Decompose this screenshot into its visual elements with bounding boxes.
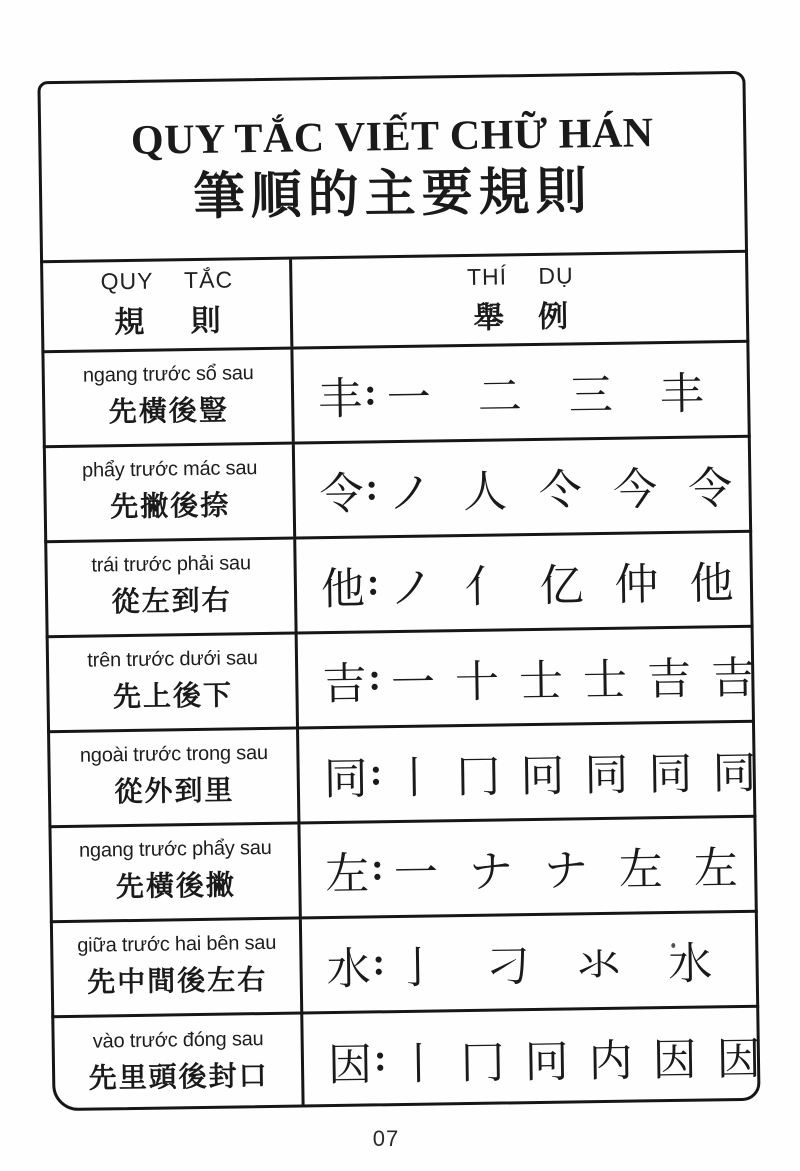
stroke-order-example: 令: ノ 人 仒 今 令 (319, 452, 733, 522)
rule-label-vi: trên trước dưới sau (87, 647, 258, 673)
table-row: ngoài trước trong sau 從外到里 同: 丨 冂 冋 同 同 … (47, 720, 756, 825)
rule-label-zh: 從左到右 (111, 578, 232, 620)
rule-cell: ngoài trước trong sau 從外到里 (47, 729, 300, 825)
table-row: trên trước dưới sau 先上後下 吉: 一 十 士 士 吉 吉 (46, 625, 755, 730)
stroke-order-example: 他: ノ 亻 亿 仲 他 (320, 547, 734, 617)
header-example-label-zh: 舉 例 (473, 291, 568, 336)
header-cell-example: THÍ DỤ 舉 例 (292, 253, 749, 347)
table-row: phẩy trước mác sau 先撇後捺 令: ノ 人 仒 今 令 (43, 435, 752, 540)
example-cell: 他: ノ 亻 亿 仲 他 (296, 533, 753, 632)
example-cell: 吉: 一 十 士 士 吉 吉 (298, 628, 755, 727)
example-steps: 一 ナ ナ 左 左 (393, 832, 738, 901)
example-steps: 一 十 士 士 吉 吉 (390, 642, 754, 711)
header-cell-rule: QUY TẮC 規 則 (40, 260, 293, 351)
page-number: 07 (0, 1126, 786, 1152)
rule-cell: phẩy trước mác sau 先撇後捺 (43, 445, 296, 541)
scan-speck-artifact (671, 943, 675, 948)
example-colon: : (364, 370, 377, 414)
example-character: 他 (320, 553, 365, 618)
example-colon: : (374, 1036, 387, 1080)
header-example-label-vi: THÍ DỤ (467, 262, 574, 291)
stroke-order-example: 左: 一 ナ ナ 左 左 (325, 832, 739, 902)
rule-cell: giữa trước hai bên sau 先中間後左右 (50, 919, 303, 1015)
example-cell: 同: 丨 冂 冋 同 同 同 (299, 723, 756, 822)
rule-cell: vào trước đóng sau 先里頭後封口 (51, 1014, 304, 1111)
rule-label-zh: 先橫後撇 (116, 863, 237, 905)
rule-label-vi: trái trước phải sau (91, 552, 251, 577)
example-character: 丰 (318, 363, 363, 428)
example-cell: 令: ノ 人 仒 今 令 (295, 438, 752, 537)
example-steps: 丨 冂 冋 同 同 同 (392, 737, 756, 806)
rule-cell: ngang trước phẩy sau 先橫後撇 (48, 824, 301, 920)
rule-label-vi: phẩy trước mác sau (82, 457, 258, 483)
stroke-order-example: 水: 亅 刁 氺 水 (326, 927, 713, 997)
example-character: 因 (327, 1028, 372, 1093)
rule-label-vi: giữa trước hai bên sau (77, 932, 276, 958)
example-steps: 一 二 三 丰 (386, 357, 704, 426)
rule-cell: trên trước dưới sau 先上後下 (46, 635, 299, 731)
example-steps: ノ 亻 亿 仲 他 (389, 547, 734, 616)
page-title-chinese: 筆順的主要規則 (193, 164, 593, 223)
example-colon: : (372, 940, 385, 984)
stroke-order-rules-table: QUY TẮC 規 則 THÍ DỤ 舉 例 ngang trước sổ sa… (40, 250, 761, 1111)
example-colon: : (365, 465, 378, 509)
example-character: 水 (326, 932, 371, 997)
example-cell: 水: 亅 刁 氺 水 (302, 913, 759, 1012)
example-character: 令 (319, 458, 364, 523)
example-colon: : (367, 560, 380, 604)
rule-cell: ngang trước sổ sau 先橫後豎 (41, 350, 294, 446)
example-cell: 因: 丨 冂 冋 内 因 因 (303, 1008, 760, 1108)
title-block: QUY TẮC VIẾT CHỮ HÁN 筆順的主要規則 (40, 74, 745, 260)
stroke-order-example: 同: 丨 冂 冋 同 同 同 (323, 737, 756, 807)
header-rule-label-vi: QUY TẮC (100, 266, 233, 295)
page-title-vietnamese: QUY TẮC VIẾT CHỮ HÁN (131, 109, 654, 165)
header-rule-label-zh: 規 則 (114, 296, 221, 342)
table-row: ngang trước phẩy sau 先橫後撇 左: 一 ナ ナ 左 左 (48, 815, 757, 920)
rule-label-zh: 先橫後豎 (108, 389, 229, 431)
rule-label-vi: ngang trước sổ sau (83, 362, 254, 388)
scanned-book-page: QUY TẮC VIẾT CHỮ HÁN 筆順的主要規則 QUY TẮC 規 則… (0, 0, 800, 1171)
table-row: ngang trước sổ sau 先橫後豎 丰: 一 二 三 丰 (41, 340, 750, 445)
example-colon: : (369, 750, 382, 794)
bordered-sheet: QUY TẮC VIẾT CHỮ HÁN 筆順的主要規則 QUY TẮC 規 則… (37, 71, 760, 1111)
rule-label-zh: 先中間後左右 (87, 958, 268, 1001)
example-cell: 丰: 一 二 三 丰 (293, 343, 750, 442)
example-steps: ノ 人 仒 今 令 (388, 452, 733, 521)
rule-label-zh: 先上後下 (113, 673, 234, 715)
stroke-order-example: 丰: 一 二 三 丰 (318, 357, 705, 427)
example-colon: : (371, 845, 384, 889)
rule-label-vi: vào trước đóng sau (93, 1028, 264, 1054)
example-character: 左 (325, 837, 370, 902)
example-steps: 丨 冂 冋 内 因 因 (396, 1022, 760, 1091)
example-cell: 左: 一 ナ ナ 左 左 (300, 818, 757, 917)
table-header-row: QUY TẮC 規 則 THÍ DỤ 舉 例 (40, 250, 749, 350)
table-row: vào trước đóng sau 先里頭後封口 因: 丨 冂 冋 内 因 因 (51, 1005, 760, 1111)
rule-label-vi: ngoài trước trong sau (80, 742, 268, 768)
rule-label-zh: 先里頭後封口 (88, 1053, 269, 1096)
table-row: giữa trước hai bên sau 先中間後左右 水: 亅 刁 氺 水 (50, 910, 759, 1015)
example-character: 同 (323, 742, 368, 807)
example-steps: 亅 刁 氺 水 (395, 927, 713, 996)
rule-cell: trái trước phải sau 從左到右 (44, 540, 297, 636)
example-colon: : (368, 655, 381, 699)
stroke-order-example: 吉: 一 十 士 士 吉 吉 (322, 642, 755, 712)
stroke-order-example: 因: 丨 冂 冋 内 因 因 (327, 1022, 760, 1092)
example-character: 吉 (322, 647, 367, 712)
table-row: trái trước phải sau 從左到右 他: ノ 亻 亿 仲 他 (44, 530, 753, 635)
rule-label-vi: ngang trước phẩy sau (79, 837, 272, 863)
rule-label-zh: 從外到里 (114, 768, 235, 810)
rule-label-zh: 先撇後捺 (110, 483, 231, 525)
